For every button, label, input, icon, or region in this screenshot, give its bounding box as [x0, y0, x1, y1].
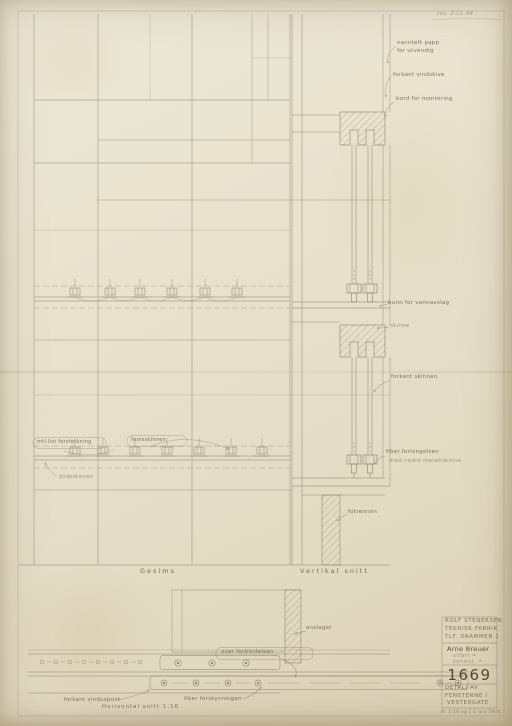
- annotation: bunn for vannavslag: [388, 301, 449, 307]
- drawing-linework: [0, 0, 512, 726]
- view-label-vertical-section: Vertikal snitt: [300, 568, 369, 575]
- view-label-horizontal-section: Horisontal snitt 1:10: [102, 705, 179, 711]
- subject-line: DETALJ AV: [445, 686, 478, 692]
- section-view: [292, 14, 390, 565]
- annotation: fotrennen: [348, 510, 377, 516]
- annotation: forkant vindskive: [393, 73, 445, 79]
- drawing-number: 1669: [442, 668, 497, 683]
- handwritten-note: rev. 2.11.48: [437, 12, 473, 18]
- annotation: bord for montering: [396, 97, 453, 103]
- annotation: fiber forskyvningen: [184, 697, 242, 703]
- annotation: forkant skinnen: [391, 375, 438, 381]
- scale-note: M. 1:10 og 1:1 nov 1944: [441, 711, 501, 716]
- annotation: fiber forlengelsen: [386, 450, 439, 456]
- subject-line: VESTERGATE: [447, 701, 489, 707]
- horizontal-section-view: [28, 590, 470, 700]
- subject-line: FENSTERNE I: [445, 694, 487, 700]
- annotation: festeskinnen: [131, 438, 166, 443]
- hatched-wall-strip: [322, 495, 340, 565]
- drawn-sub: utført =: [453, 654, 477, 659]
- sheet-border: [18, 11, 504, 716]
- annotation: forkant vinduspost: [64, 698, 120, 704]
- annotation: med nedre metallskinne: [389, 459, 461, 465]
- annotation: anslaget: [306, 626, 332, 632]
- hatched-lintel-middle: [340, 325, 385, 357]
- drawn-sub: kontrol. =: [453, 660, 483, 665]
- firm-name-line: TLF. DRAMMEN 1: [445, 635, 500, 641]
- annotation: for utvendig: [397, 49, 434, 55]
- drawing-sheet: rev. 2.11.48 Gesims Vertikal snitt Horis…: [0, 0, 512, 726]
- firm-name-line: TEKNISK FABRIK: [445, 627, 498, 633]
- annotation: vanntett papp: [397, 41, 439, 47]
- annotation: mtl-list forsterkning: [37, 440, 92, 445]
- hatched-lintel-upper: [340, 112, 385, 145]
- annotation: skinne: [390, 324, 409, 330]
- annotation: glideskinnen: [59, 475, 94, 480]
- elevation-view: [19, 14, 390, 565]
- firm-name-line: ROLF STENERSEN: [445, 619, 502, 625]
- drawn-by: Arne Breuer: [447, 646, 489, 653]
- screw-heads: [161, 660, 461, 686]
- hatched-stop-strip: [285, 590, 301, 663]
- annotation: over forbindelsen: [221, 650, 273, 656]
- view-label-elevation: Gesims: [140, 568, 176, 575]
